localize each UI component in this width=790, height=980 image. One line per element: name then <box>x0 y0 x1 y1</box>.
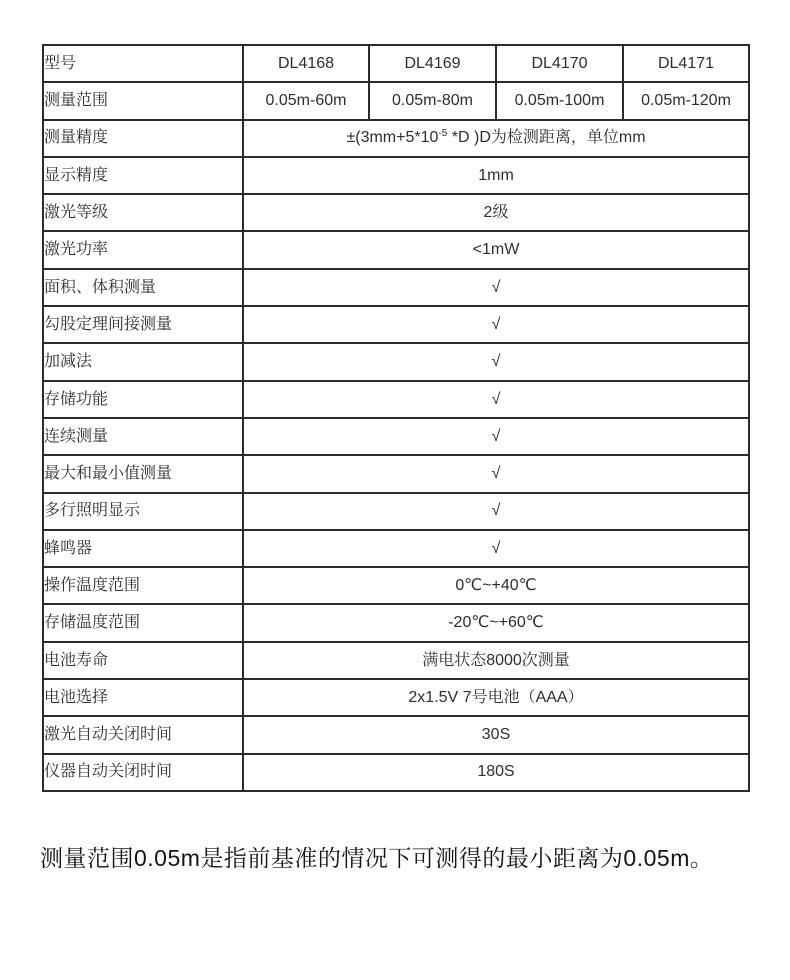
table-row: 勾股定理间接测量 √ <box>43 306 749 343</box>
row-label: 存储功能 <box>43 381 243 418</box>
table-row: 电池选择 2x1.5V 7号电池（AAA） <box>43 679 749 716</box>
table-row: 加减法 √ <box>43 343 749 380</box>
row-value: 1mm <box>243 157 749 194</box>
table-row-model: 型号 DL4168 DL4169 DL4170 DL4171 <box>43 45 749 82</box>
table-row: 蜂鸣器 √ <box>43 530 749 567</box>
table-row: 面积、体积测量 √ <box>43 269 749 306</box>
table-row: 最大和最小值测量 √ <box>43 455 749 492</box>
row-label: 存储温度范围 <box>43 604 243 641</box>
row-value: 0℃~+40℃ <box>243 567 749 604</box>
table-row: 激光自动关闭时间 30S <box>43 716 749 753</box>
row-label: 激光自动关闭时间 <box>43 716 243 753</box>
table-row: 多行照明显示 √ <box>43 493 749 530</box>
row-label: 面积、体积测量 <box>43 269 243 306</box>
model-cell: DL4169 <box>369 45 496 82</box>
model-cell: DL4171 <box>623 45 749 82</box>
table-row: 电池寿命 满电状态8000次测量 <box>43 642 749 679</box>
table-row: 连续测量 √ <box>43 418 749 455</box>
spec-table: 型号 DL4168 DL4169 DL4170 DL4171 测量范围 0.05… <box>42 44 750 792</box>
row-label: 操作温度范围 <box>43 567 243 604</box>
row-label: 勾股定理间接测量 <box>43 306 243 343</box>
spec-sheet-page: 型号 DL4168 DL4169 DL4170 DL4171 测量范围 0.05… <box>0 0 790 980</box>
row-value: √ <box>243 306 749 343</box>
table-row: 激光功率 <1mW <box>43 231 749 268</box>
row-label-accuracy: 测量精度 <box>43 120 243 157</box>
row-label: 电池选择 <box>43 679 243 716</box>
row-label: 激光功率 <box>43 231 243 268</box>
row-value: √ <box>243 381 749 418</box>
row-label: 蜂鸣器 <box>43 530 243 567</box>
table-row-range: 测量范围 0.05m-60m 0.05m-80m 0.05m-100m 0.05… <box>43 82 749 119</box>
row-value: 满电状态8000次测量 <box>243 642 749 679</box>
table-row: 显示精度 1mm <box>43 157 749 194</box>
row-label: 多行照明显示 <box>43 493 243 530</box>
table-row: 激光等级 2级 <box>43 194 749 231</box>
table-row: 存储温度范围 -20℃~+60℃ <box>43 604 749 641</box>
row-value: 2x1.5V 7号电池（AAA） <box>243 679 749 716</box>
row-value: <1mW <box>243 231 749 268</box>
row-value: -20℃~+60℃ <box>243 604 749 641</box>
row-label: 电池寿命 <box>43 642 243 679</box>
range-cell: 0.05m-120m <box>623 82 749 119</box>
row-value: √ <box>243 418 749 455</box>
row-label-model: 型号 <box>43 45 243 82</box>
row-value: 2级 <box>243 194 749 231</box>
range-cell: 0.05m-60m <box>243 82 369 119</box>
row-value: √ <box>243 269 749 306</box>
model-cell: DL4170 <box>496 45 623 82</box>
row-value: √ <box>243 343 749 380</box>
row-label-range: 测量范围 <box>43 82 243 119</box>
row-label: 仪器自动关闭时间 <box>43 754 243 791</box>
row-label: 最大和最小值测量 <box>43 455 243 492</box>
row-label: 激光等级 <box>43 194 243 231</box>
row-value: 30S <box>243 716 749 753</box>
accuracy-value-suffix: *D )D为检测距离，单位mm <box>447 129 645 146</box>
row-value: √ <box>243 530 749 567</box>
row-value: √ <box>243 455 749 492</box>
row-label: 加减法 <box>43 343 243 380</box>
row-label: 显示精度 <box>43 157 243 194</box>
range-cell: 0.05m-100m <box>496 82 623 119</box>
footnote: 测量范围0.05m是指前基准的情况下可测得的最小距离为0.05m。 <box>40 840 780 873</box>
table-row-accuracy: 测量精度 ±(3mm+5*10-5 *D )D为检测距离，单位mm <box>43 120 749 157</box>
range-cell: 0.05m-80m <box>369 82 496 119</box>
table-row: 仪器自动关闭时间 180S <box>43 754 749 791</box>
accuracy-value-prefix: ±(3mm+5*10 <box>346 129 438 146</box>
table-row: 操作温度范围 0℃~+40℃ <box>43 567 749 604</box>
table-row: 存储功能 √ <box>43 381 749 418</box>
row-value: 180S <box>243 754 749 791</box>
row-label: 连续测量 <box>43 418 243 455</box>
model-cell: DL4168 <box>243 45 369 82</box>
accuracy-value: ±(3mm+5*10-5 *D )D为检测距离，单位mm <box>243 120 749 157</box>
accuracy-value-exponent: -5 <box>438 128 447 139</box>
row-value: √ <box>243 493 749 530</box>
